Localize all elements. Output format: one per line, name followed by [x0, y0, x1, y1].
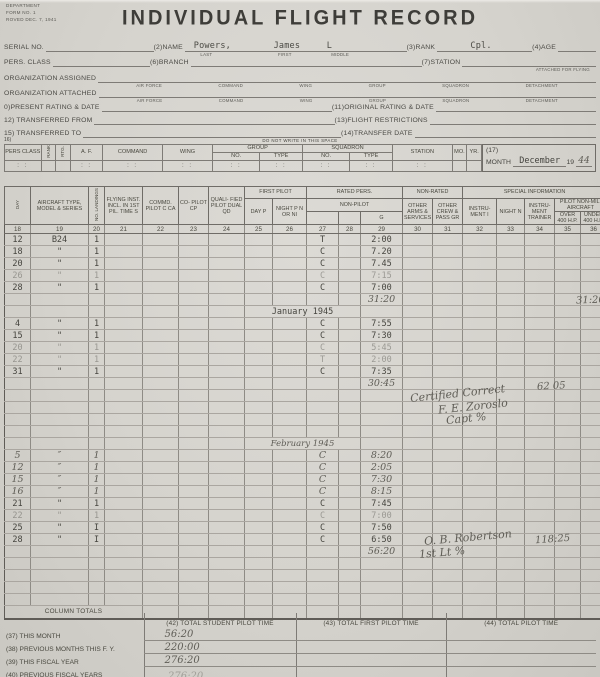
cell: [433, 258, 463, 270]
cell: [463, 246, 497, 258]
column-numbers-row: 18192021222324252627282930313233343536: [5, 225, 600, 234]
cell: [403, 486, 433, 498]
day-p-col-header: DAY P: [245, 199, 273, 225]
cell: [555, 306, 581, 318]
cell: [105, 402, 143, 414]
cell: [31, 390, 89, 402]
cell: [581, 450, 600, 462]
previous-fiscal-years-label: (40) PREVIOUS FISCAL YEARS: [4, 666, 144, 677]
cell: [525, 378, 555, 390]
flight-restrictions-label: (13)FLIGHT RESTRICTIONS: [335, 117, 430, 125]
cell: [143, 294, 179, 306]
cell: [463, 282, 497, 294]
cell: [581, 390, 600, 402]
cell: [339, 270, 361, 282]
cell: [555, 342, 581, 354]
empty-cell: [296, 653, 446, 666]
transferred-from-field: [94, 113, 334, 125]
cell: [339, 510, 361, 522]
cell: [403, 594, 433, 606]
cell: [497, 246, 525, 258]
cell: [555, 510, 581, 522]
cell: [581, 378, 600, 390]
this-fiscal-year-value: 276:20: [165, 655, 200, 666]
cell-month-total: 30:45: [361, 378, 403, 390]
cell-day: 15: [5, 330, 31, 342]
cell-day: 26: [5, 270, 31, 282]
cell: [339, 258, 361, 270]
cell: [5, 402, 31, 414]
cell: [581, 354, 600, 366]
cell: [555, 534, 581, 546]
cell: [5, 546, 31, 558]
cell: [555, 594, 581, 606]
rank-col-label: RANK: [46, 145, 51, 158]
cell: [497, 414, 525, 426]
cell: [525, 486, 555, 498]
cell: [179, 558, 209, 570]
cell: [433, 294, 463, 306]
month-header-row: February 1945: [5, 438, 600, 450]
cell: [339, 414, 361, 426]
cell: [209, 558, 245, 570]
non-rated-group-header: NON-RATED: [403, 187, 463, 199]
cell: [339, 330, 361, 342]
cell: [31, 414, 89, 426]
cell: [433, 390, 463, 402]
cell: [361, 402, 403, 414]
dot-cell: : :: [162, 161, 212, 172]
cell-day: 12: [5, 462, 31, 474]
cell-day: 22: [5, 354, 31, 366]
cell: [105, 246, 143, 258]
cell: [463, 366, 497, 378]
cell: [273, 522, 307, 534]
cell: [525, 474, 555, 486]
column-number: 22: [143, 225, 179, 234]
cell: [273, 450, 307, 462]
cell: [339, 498, 361, 510]
this-fiscal-year-row: (39) THIS FISCAL YEAR 276:20: [4, 653, 596, 666]
cell: [5, 414, 31, 426]
org-attached-field: AIR FORCE COMMAND WING GROUP SQUADRON DE…: [99, 86, 596, 98]
cell: [5, 390, 31, 402]
this-month-label: (37) THIS MONTH: [4, 627, 144, 640]
cell: [105, 570, 143, 582]
cell: [433, 378, 463, 390]
cell: [209, 378, 245, 390]
copilot-col-header: CO- PILOT CP: [179, 187, 209, 225]
cell: [581, 330, 600, 342]
cell: [245, 522, 273, 534]
cell: [555, 402, 581, 414]
month-box-number: (17): [486, 147, 592, 154]
flight-entry-row: 22"1C7:00: [5, 510, 600, 522]
cell: [497, 570, 525, 582]
cell: [31, 294, 89, 306]
cell-aircraft: ": [31, 534, 89, 546]
cell: [273, 282, 307, 294]
cell-landings: I: [89, 522, 105, 534]
cell: [433, 366, 463, 378]
cell: [433, 234, 463, 246]
cell-aircraft: B24: [31, 234, 89, 246]
cell: [179, 414, 209, 426]
cell: [525, 414, 555, 426]
station-label: (7)STATION: [422, 59, 463, 67]
cell: [403, 366, 433, 378]
cell-day: 28: [5, 534, 31, 546]
dot-cell: : :: [70, 161, 102, 172]
cell: [555, 390, 581, 402]
cell-time: 8:20: [361, 450, 403, 462]
cell: [403, 438, 433, 450]
cell-time: 8:15: [361, 486, 403, 498]
cell-time: 7:00: [361, 282, 403, 294]
column-number: 20: [89, 225, 105, 234]
cell: [143, 378, 179, 390]
cell: [433, 510, 463, 522]
special-info-group-header: SPECIAL INFORMATION: [463, 187, 600, 199]
column-number: 32: [463, 225, 497, 234]
cell: [143, 558, 179, 570]
cell: [273, 486, 307, 498]
non-pilot-header: NON-PILOT: [307, 199, 403, 212]
cell: [273, 570, 307, 582]
column-number: 28: [339, 225, 361, 234]
cell: [497, 426, 525, 438]
cell: [105, 270, 143, 282]
cell: [403, 558, 433, 570]
flight-entry-row: 28"1C7:00: [5, 282, 600, 294]
cell: [463, 234, 497, 246]
cell: [143, 450, 179, 462]
cell: [463, 594, 497, 606]
cell-code: C: [307, 498, 339, 510]
cell: [339, 294, 361, 306]
this-fiscal-year-label: (39) THIS FISCAL YEAR: [4, 653, 144, 666]
cell: [555, 270, 581, 282]
cell: [143, 438, 179, 450]
yr-col: YR.: [467, 145, 482, 161]
dot-cell: : :: [303, 161, 350, 172]
rank-label: (3)RANK: [407, 44, 438, 52]
cell: [463, 546, 497, 558]
cell: [497, 534, 525, 546]
cell-aircraft: ″: [31, 486, 89, 498]
cell: [361, 414, 403, 426]
cell: [403, 318, 433, 330]
cell: [555, 438, 581, 450]
cell: [433, 426, 463, 438]
cell: [463, 534, 497, 546]
cell: [105, 366, 143, 378]
tbody-element: PERS CLASS RANK RTG. A. F. COMMAND WING …: [5, 145, 482, 172]
cell: [105, 498, 143, 510]
cell: [581, 486, 600, 498]
cell: [143, 486, 179, 498]
flight-entry-row: 26"1C7:15: [5, 270, 600, 282]
cell: [31, 378, 89, 390]
cell: [273, 246, 307, 258]
cell: [245, 282, 273, 294]
empty-cell: [296, 640, 446, 653]
cell-day: 31: [5, 366, 31, 378]
cell: [209, 342, 245, 354]
cell-landings: 1: [89, 342, 105, 354]
cell-time: 7:50: [361, 522, 403, 534]
cell: [433, 306, 463, 318]
cell: [179, 366, 209, 378]
cell: [245, 234, 273, 246]
cell: [463, 378, 497, 390]
other-arms-col-header: OTHER ARMS & SERVICES: [403, 199, 433, 225]
cell: [89, 294, 105, 306]
cell: [273, 582, 307, 594]
flight-entry-row: 21"1C7:45: [5, 498, 600, 510]
name-last-value: Powers,: [194, 41, 231, 51]
cell: [179, 294, 209, 306]
cell-aircraft: ": [31, 498, 89, 510]
cell: [403, 282, 433, 294]
cell: [497, 546, 525, 558]
blank-row: [5, 570, 600, 582]
dot-cell: : :: [260, 161, 303, 172]
cell-day: 20: [5, 342, 31, 354]
cell: [525, 522, 555, 534]
cell: [555, 354, 581, 366]
cell-time: 7:30: [361, 474, 403, 486]
cell: [209, 570, 245, 582]
cell: [525, 234, 555, 246]
cell: [555, 558, 581, 570]
cell: [209, 282, 245, 294]
cell: [105, 234, 143, 246]
cell: [105, 474, 143, 486]
flight-entry-row: 20"1C5:45: [5, 342, 600, 354]
previous-months-label: (38) PREVIOUS MONTHS THIS F. Y.: [4, 640, 144, 653]
cell: [273, 462, 307, 474]
cell: [273, 546, 307, 558]
cell: [339, 546, 361, 558]
cell-code: C: [307, 450, 339, 462]
cell: [403, 570, 433, 582]
column-number: 27: [307, 225, 339, 234]
unit-header-section: PERS CLASS RANK RTG. A. F. COMMAND WING …: [4, 144, 596, 172]
cell: [525, 366, 555, 378]
previous-months-row: (38) PREVIOUS MONTHS THIS F. Y. 220:00: [4, 640, 596, 653]
month-total-row: 30:45: [5, 378, 600, 390]
cell: [433, 462, 463, 474]
cell: [209, 306, 245, 318]
cell: [31, 306, 89, 318]
tr-element: DAY AIRCRAFT TYPE, MODEL & SERIES NO. LA…: [5, 187, 600, 199]
field-line-5: 0)PRESENT RATING & DATE (11)ORIGINAL RAT…: [4, 98, 596, 112]
cell: [105, 378, 143, 390]
flight-entry-row: 5″1C8:20: [5, 450, 600, 462]
cell: [581, 366, 600, 378]
cell: [273, 594, 307, 606]
group-type-col: TYPE: [260, 153, 303, 161]
cell-aircraft: ": [31, 510, 89, 522]
page-title: INDIVIDUAL FLIGHT RECORD: [0, 6, 600, 30]
dot-cell: : :: [213, 161, 260, 172]
cell: [463, 330, 497, 342]
cell: [581, 258, 600, 270]
cell: [497, 474, 525, 486]
cell-code: T: [307, 234, 339, 246]
cell: [209, 234, 245, 246]
cell: [209, 450, 245, 462]
night-p-col-header: NIGHT P N OR NI: [273, 199, 307, 225]
cell: [273, 234, 307, 246]
cell: [105, 450, 143, 462]
cell: [339, 282, 361, 294]
cell: [555, 294, 581, 306]
dot-cell: : :: [103, 161, 163, 172]
month-total-row: 31:20: [5, 294, 600, 306]
cell: [143, 246, 179, 258]
total-student-pilot-header: (42) TOTAL STUDENT PILOT TIME: [144, 613, 296, 627]
cell: [273, 402, 307, 414]
cell: [245, 498, 273, 510]
cell: [555, 522, 581, 534]
cell: [105, 330, 143, 342]
cell-landings: 1: [89, 246, 105, 258]
cell: [245, 354, 273, 366]
rank-col: RANK: [41, 145, 56, 161]
column-number: 34: [525, 225, 555, 234]
cell: [463, 390, 497, 402]
cell-time: 2:05: [361, 462, 403, 474]
cell: [307, 414, 339, 426]
flight-entry-row: 15″1C7:30: [5, 474, 600, 486]
cell: [361, 594, 403, 606]
flight-entry-row: 18"1C7.20: [5, 246, 600, 258]
month-line: MONTH December 19 44: [486, 156, 592, 167]
cell: [463, 582, 497, 594]
g-col-header: G: [361, 212, 403, 225]
dot-cell: [41, 161, 56, 172]
cell: [143, 594, 179, 606]
cell: [105, 582, 143, 594]
cell: [143, 582, 179, 594]
name-label: (2)NAME: [154, 44, 185, 52]
name-field: Powers, James L LAST FIRST MIDDLE: [185, 40, 407, 52]
cell: [307, 402, 339, 414]
cell: [403, 462, 433, 474]
cell: [307, 570, 339, 582]
cell: [433, 270, 463, 282]
totals-spacer: [4, 613, 144, 627]
cell: [361, 570, 403, 582]
cell: [105, 414, 143, 426]
cell-day: 18: [5, 246, 31, 258]
qualified-pilot-col-header: QUALI- FIED PILOT DUAL QD: [209, 187, 245, 225]
flight-entry-row: 12B241T2:00: [5, 234, 600, 246]
cell: [581, 522, 600, 534]
cell-day: 12: [5, 234, 31, 246]
other-crew-col-header: OTHER CREW & PASS GR: [433, 199, 463, 225]
cell-landings: 1: [89, 510, 105, 522]
cell: [463, 318, 497, 330]
cell: [581, 462, 600, 474]
cell: [555, 234, 581, 246]
cell-code: C: [307, 534, 339, 546]
cell: [525, 294, 555, 306]
cell: [497, 522, 525, 534]
cell: [581, 402, 600, 414]
group-col: GROUP: [213, 145, 303, 153]
cell: [433, 582, 463, 594]
cell: [273, 390, 307, 402]
cell: [179, 486, 209, 498]
cell-landings: 1: [89, 450, 105, 462]
cell: [179, 282, 209, 294]
cell: [143, 234, 179, 246]
commd-pilot-col-header: COMMD. PILOT C CA: [143, 187, 179, 225]
cell: [433, 534, 463, 546]
cell-day: 28: [5, 282, 31, 294]
cell: [581, 342, 600, 354]
cell: [403, 522, 433, 534]
cell: [209, 474, 245, 486]
cell: [105, 282, 143, 294]
dot-cell: : :: [393, 161, 453, 172]
cell: [209, 258, 245, 270]
cell: [5, 294, 31, 306]
cell: [581, 318, 600, 330]
month-total-row: 56:20: [5, 546, 600, 558]
original-rating-field: [436, 100, 596, 112]
blank-row: [5, 594, 600, 606]
over-400-col-header: OVER 400 H.P.: [555, 212, 581, 225]
cell: [179, 390, 209, 402]
cell: [273, 378, 307, 390]
cell: [433, 402, 463, 414]
cell: [525, 558, 555, 570]
cell: [245, 462, 273, 474]
cell: [581, 306, 600, 318]
cell: [403, 342, 433, 354]
cell: [339, 570, 361, 582]
column-number: 31: [433, 225, 463, 234]
flight-entry-row: 28"IC6:50: [5, 534, 600, 546]
cell: [105, 546, 143, 558]
cell: [403, 426, 433, 438]
cell: [31, 558, 89, 570]
cell: [463, 354, 497, 366]
cell-code: C: [307, 246, 339, 258]
empty-cell: [446, 640, 596, 653]
column-number: 26: [273, 225, 307, 234]
cell: [555, 570, 581, 582]
column-number: 29: [361, 225, 403, 234]
cell: [245, 390, 273, 402]
cell: [581, 594, 600, 606]
cell-month-total: 56:20: [361, 546, 403, 558]
original-rating-label: (11)ORIGINAL RATING & DATE: [332, 104, 436, 112]
cell: [179, 330, 209, 342]
cell: [245, 534, 273, 546]
previous-months-value-cell: 220:00: [144, 640, 296, 653]
cell: [339, 390, 361, 402]
cell: [105, 294, 143, 306]
previous-months-value: 220:00: [165, 642, 200, 653]
rtg-col-label: RTG.: [60, 146, 65, 157]
cell: [581, 234, 600, 246]
cell: [105, 510, 143, 522]
